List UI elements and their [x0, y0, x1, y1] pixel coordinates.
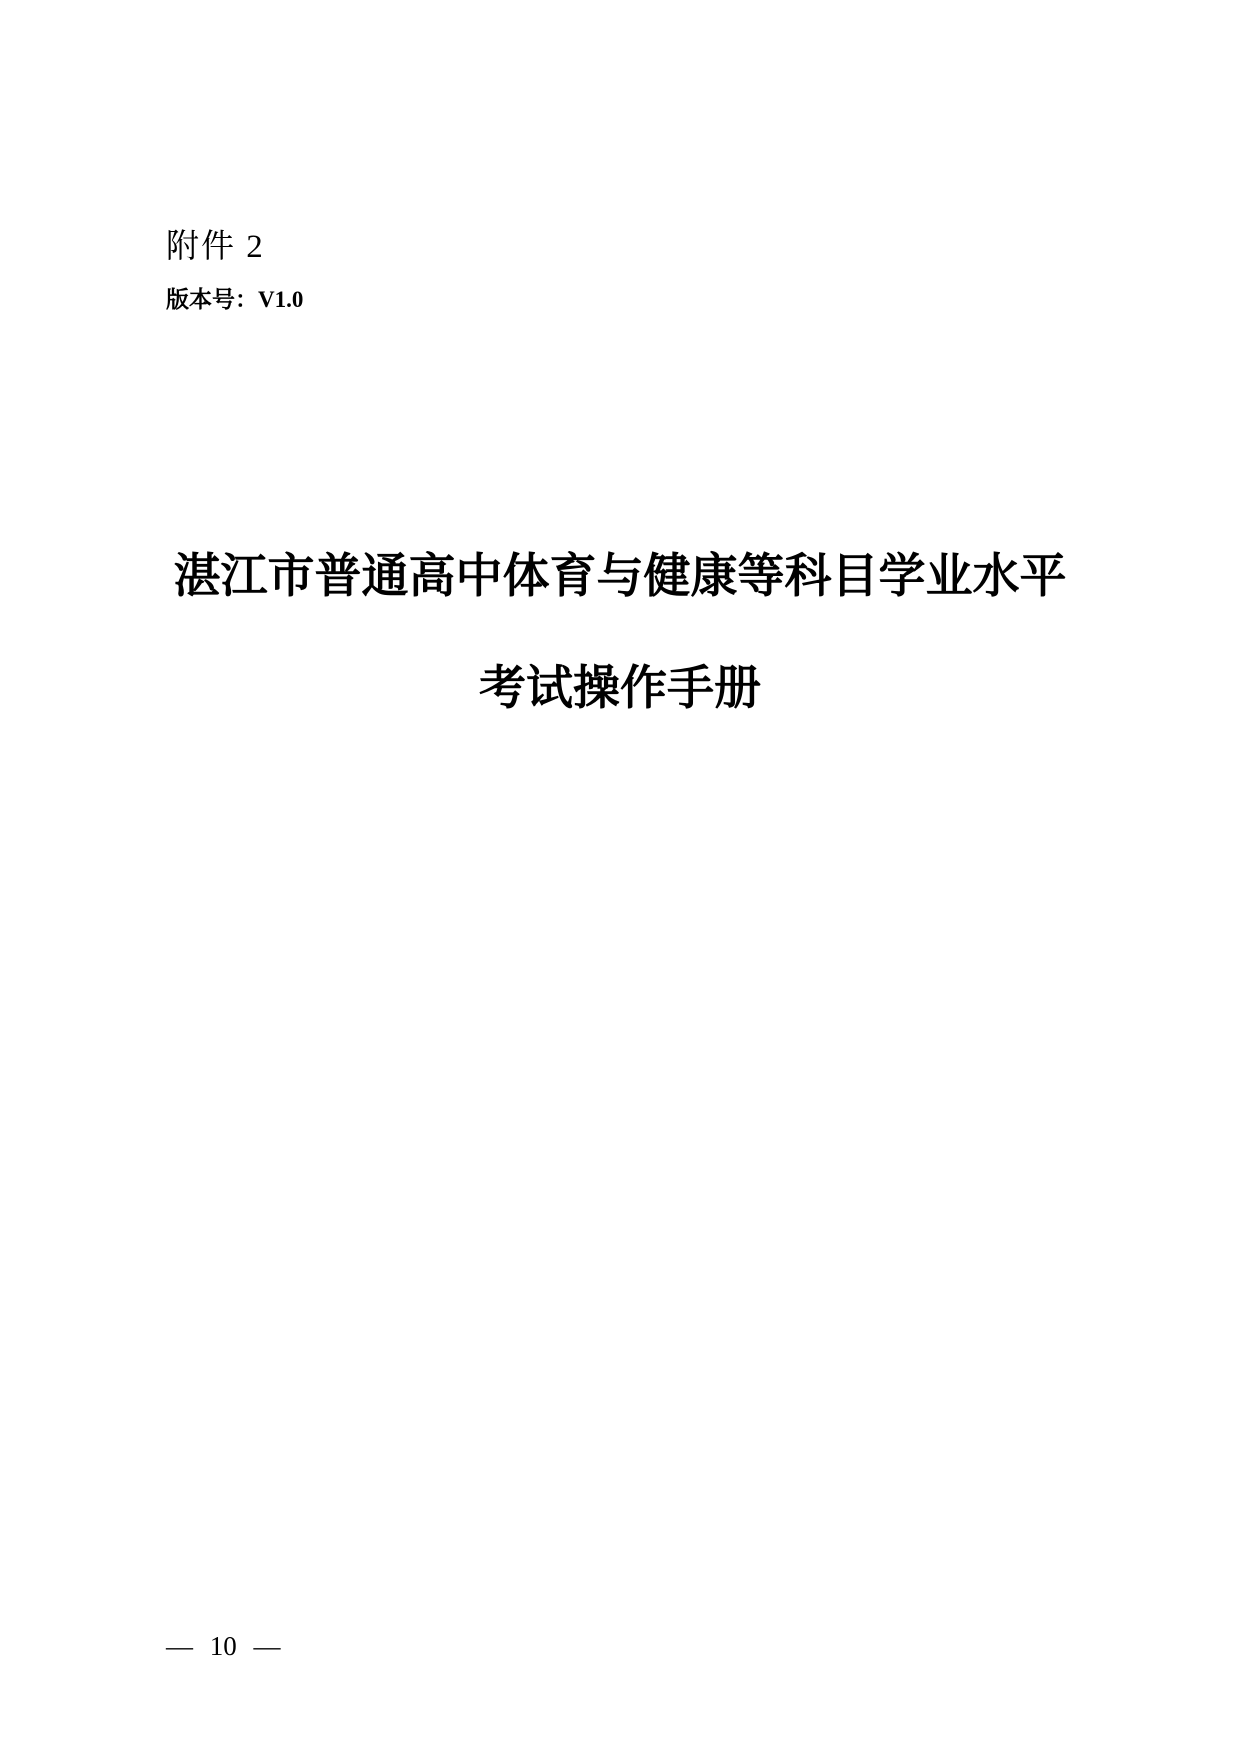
- document-title: 湛江市普通高中体育与健康等科目学业水平 考试操作手册: [0, 548, 1240, 719]
- version-label: 版本号：V1.0: [166, 281, 303, 314]
- attachment-label: 附件 2: [166, 220, 265, 267]
- title-line-2: 考试操作手册: [0, 660, 1240, 719]
- title-line-1: 湛江市普通高中体育与健康等科目学业水平: [0, 548, 1240, 607]
- document-page: 附件 2 版本号：V1.0 湛江市普通高中体育与健康等科目学业水平 考试操作手册…: [0, 0, 1240, 1754]
- page-number: — 10 —: [166, 1631, 281, 1662]
